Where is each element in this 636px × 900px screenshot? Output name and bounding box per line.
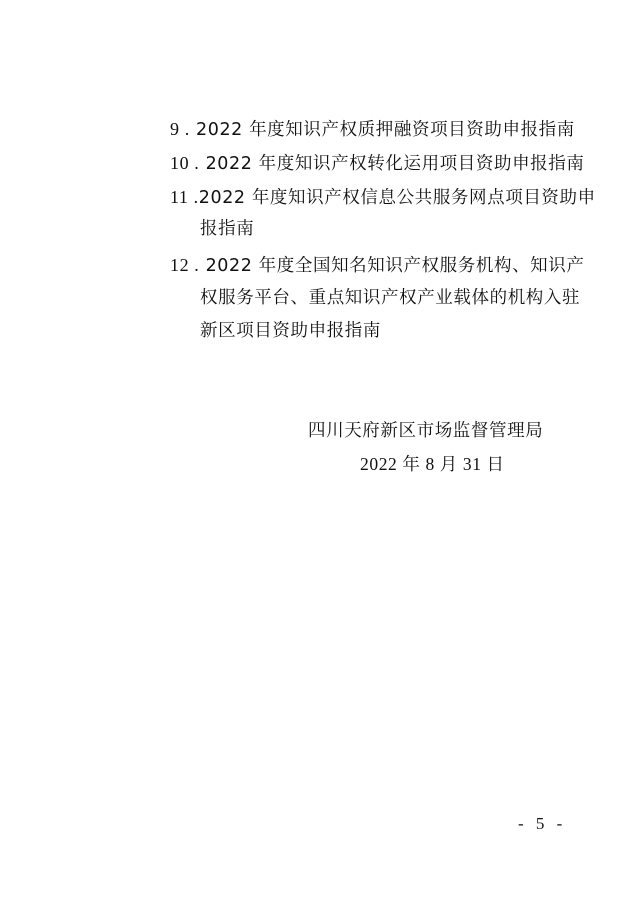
list-item-10: 10 . 2022 年度知识产权转化运用项目资助申报指南	[170, 152, 584, 175]
item-text: 2022 年度知识产权转化运用项目资助申报指南	[206, 154, 585, 174]
item-text: 2022 年度知识产权信息公共服务网点项目资助申	[199, 188, 596, 208]
list-item-12: 12 . 2022 年度全国知名知识产权服务机构、知识产	[170, 254, 584, 277]
item-text: 2022 年度知识产权质押融资项目资助申报指南	[196, 120, 575, 140]
list-item-9: 9 . 2022 年度知识产权质押融资项目资助申报指南	[170, 118, 575, 141]
item-number: 10 .	[170, 153, 199, 173]
item-text: 2022 年度全国知名知识产权服务机构、知识产	[206, 256, 585, 276]
item-number: 12 .	[170, 255, 199, 275]
page-number: - 5 -	[518, 814, 566, 834]
list-item-11: 11 .2022 年度知识产权信息公共服务网点项目资助申	[170, 186, 596, 209]
item-number: 9 .	[170, 119, 190, 139]
signature-organization: 四川天府新区市场监督管理局	[308, 420, 543, 442]
document-page: 9 . 2022 年度知识产权质押融资项目资助申报指南 10 . 2022 年度…	[0, 0, 636, 900]
signature-date: 2022 年 8 月 31 日	[360, 453, 505, 475]
list-item-11-continuation: 报指南	[200, 218, 254, 240]
list-item-12-continuation-1: 权服务平台、重点知识产权产业载体的机构入驻	[200, 287, 580, 309]
list-item-12-continuation-2: 新区项目资助申报指南	[200, 320, 381, 342]
item-number: 11 .	[170, 187, 199, 207]
